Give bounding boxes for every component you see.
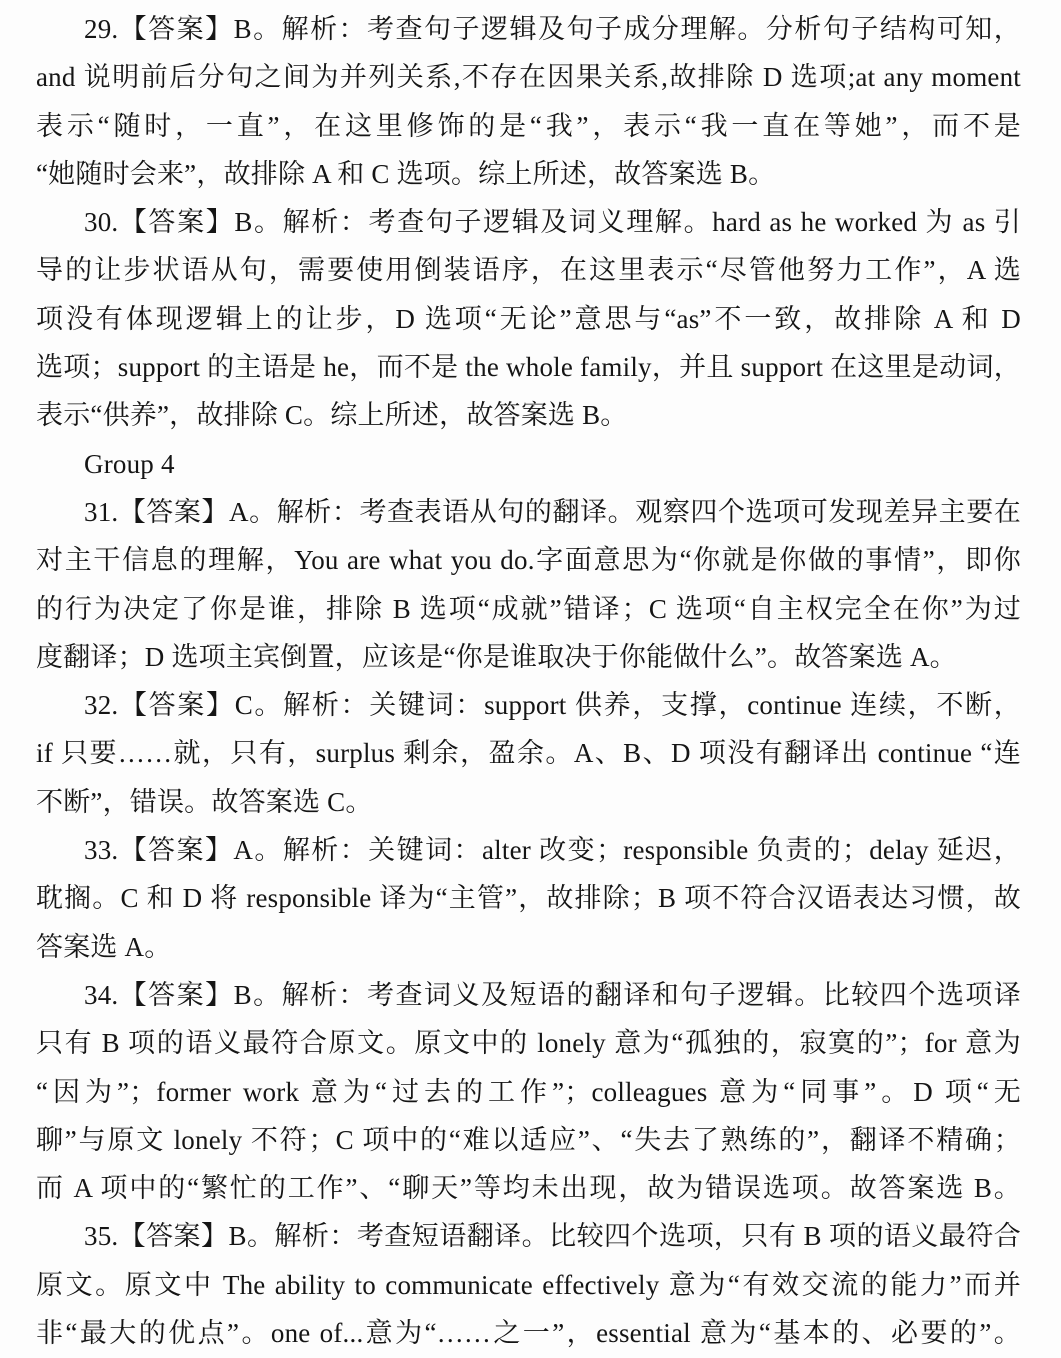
text-line: 不断”，错误。故答案选 C。 — [36, 778, 1021, 826]
text-line: 导的让步状语从句，需要使用倒装语序，在这里表示“尽管他努力工作”，A 选 — [36, 246, 1021, 294]
text-line: 对主干信息的理解，You are what you do.字面意思为“你就是你做… — [36, 536, 1021, 584]
paragraph-answer-35: 35.【答案】B。解析：考查短语翻译。比较四个选项，只有 B 项的语义最符合 原… — [36, 1212, 1021, 1357]
group-4-heading: Group 4 — [36, 440, 1021, 488]
text-line: “因为”；former work 意为“过去的工作”；colleagues 意为… — [36, 1068, 1021, 1116]
text-line: 耽搁。C 和 D 将 responsible 译为“主管”，故排除；B 项不符合… — [36, 874, 1021, 922]
text-line: 表示“供养”，故排除 C。综上所述，故答案选 B。 — [36, 391, 1021, 439]
text-line: 非“最大的优点”。one of...意为“……之一”，essential 意为“… — [36, 1309, 1021, 1357]
text-line: 34.【答案】B。解析：考查词义及短语的翻译和句子逻辑。比较四个选项译文， — [36, 971, 1021, 1019]
paragraph-answer-32: 32.【答案】C。解析：关键词：support 供养，支撑，continue 连… — [36, 681, 1021, 826]
text-line: 表示“随时，一直”，在这里修饰的是“我”，表示“我一直在等她”，而不是 — [36, 102, 1021, 150]
paragraph-answer-33: 33.【答案】A。解析：关键词：alter 改变；responsible 负责的… — [36, 826, 1021, 971]
text-line: 的行为决定了你是谁，排除 B 选项“成就”错译；C 选项“自主权完全在你”为过 — [36, 585, 1021, 633]
text-line: 原文。原文中 The ability to communicate effect… — [36, 1261, 1021, 1309]
text-line: “她随时会来”，故排除 A 和 C 选项。综上所述，故答案选 B。 — [36, 150, 1021, 198]
text-line: 31.【答案】A。解析：考查表语从句的翻译。观察四个选项可发现差异主要在 — [36, 488, 1021, 536]
paragraph-answer-34: 34.【答案】B。解析：考查词义及短语的翻译和句子逻辑。比较四个选项译文， 只有… — [36, 971, 1021, 1212]
paragraph-answer-30: 30.【答案】B。解析：考查句子逻辑及词义理解。hard as he worke… — [36, 198, 1021, 439]
paragraph-answer-31: 31.【答案】A。解析：考查表语从句的翻译。观察四个选项可发现差异主要在 对主干… — [36, 488, 1021, 681]
text-line: 项没有体现逻辑上的让步，D 选项“无论”意思与“as”不一致，故排除 A 和 D — [36, 295, 1021, 343]
text-line: 而 A 项中的“繁忙的工作”、“聊天”等均未出现，故为错误选项。故答案选 B。 — [36, 1164, 1021, 1212]
text-line: 答案选 A。 — [36, 923, 1021, 971]
text-line: 29.【答案】B。解析：考查句子逻辑及句子成分理解。分析句子结构可知， — [36, 5, 1021, 53]
text-line: and 说明前后分句之间为并列关系,不存在因果关系,故排除 D 选项;at an… — [36, 53, 1021, 101]
paragraph-answer-29: 29.【答案】B。解析：考查句子逻辑及句子成分理解。分析句子结构可知， and … — [36, 5, 1021, 198]
text-line: 35.【答案】B。解析：考查短语翻译。比较四个选项，只有 B 项的语义最符合 — [36, 1212, 1021, 1260]
text-line: 选项；support 的主语是 he，而不是 the whole family，… — [36, 343, 1021, 391]
text-line: 度翻译；D 选项主宾倒置，应该是“你是谁取决于你能做什么”。故答案选 A。 — [36, 633, 1021, 681]
text-line: if 只要……就，只有，surplus 剩余，盈余。A、B、D 项没有翻译出 c… — [36, 729, 1021, 777]
text-line: 聊”与原文 lonely 不符；C 项中的“难以适应”、“失去了熟练的”，翻译不… — [36, 1116, 1021, 1164]
text-line: Group 4 — [36, 440, 1021, 488]
text-line: 32.【答案】C。解析：关键词：support 供养，支撑，continue 连… — [36, 681, 1021, 729]
answer-key-page: 29.【答案】B。解析：考查句子逻辑及句子成分理解。分析句子结构可知， and … — [0, 0, 1061, 1357]
text-line: 30.【答案】B。解析：考查句子逻辑及词义理解。hard as he worke… — [36, 198, 1021, 246]
text-line: 只有 B 项的语义最符合原文。原文中的 lonely 意为“孤独的，寂寞的”；f… — [36, 1019, 1021, 1067]
text-line: 33.【答案】A。解析：关键词：alter 改变；responsible 负责的… — [36, 826, 1021, 874]
